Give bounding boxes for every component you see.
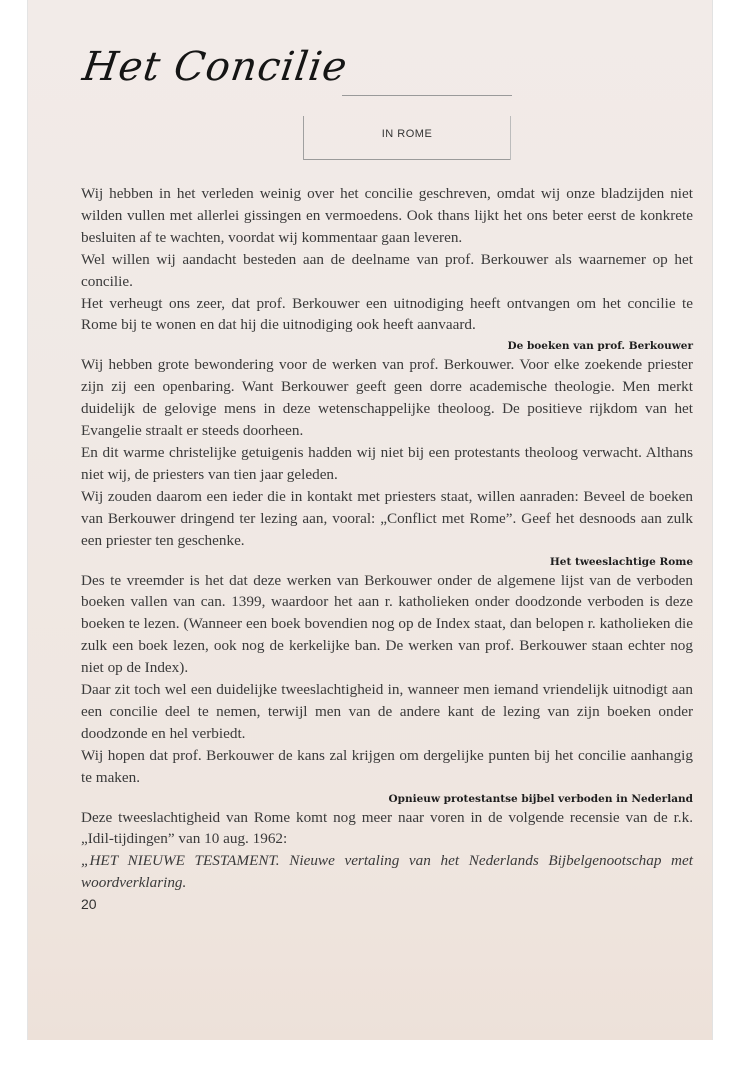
subtitle-box: IN ROME — [303, 116, 511, 160]
paragraph: Deze tweeslachtigheid van Rome komt nog … — [81, 807, 693, 851]
page-subtitle: IN ROME — [304, 128, 510, 140]
paragraph: Wel willen wij aandacht besteden aan de … — [81, 249, 693, 293]
page-title: Het Concilie — [80, 44, 351, 90]
section-heading: Opnieuw protestantse bijbel verboden in … — [81, 791, 693, 807]
page-number: 20 — [81, 894, 693, 916]
paragraph: Wij hopen dat prof. Berkouwer de kans za… — [81, 745, 693, 789]
paragraph: Wij hebben in het verleden weinig over h… — [81, 183, 693, 249]
paragraph: Des te vreemder is het dat deze werken v… — [81, 570, 693, 680]
title-underline — [342, 95, 512, 96]
section-heading: De boeken van prof. Berkouwer — [81, 338, 693, 354]
quote: „HET NIEUWE TESTAMENT. Nieuwe vertaling … — [81, 850, 693, 894]
section-heading: Het tweeslachtige Rome — [81, 554, 693, 570]
article-body: Wij hebben in het verleden weinig over h… — [81, 183, 693, 916]
document-page: Het Concilie IN ROME Wij hebben in het v… — [27, 0, 713, 1040]
paragraph: Het verheugt ons zeer, dat prof. Berkouw… — [81, 293, 693, 337]
paragraph: Wij zouden daarom een ieder die in konta… — [81, 486, 693, 552]
paragraph: Daar zit toch wel een duidelijke tweesla… — [81, 679, 693, 745]
subtitle-rule — [304, 159, 510, 160]
paragraph: Wij hebben grote bewondering voor de wer… — [81, 354, 693, 442]
paragraph: En dit warme christelijke getuigenis had… — [81, 442, 693, 486]
